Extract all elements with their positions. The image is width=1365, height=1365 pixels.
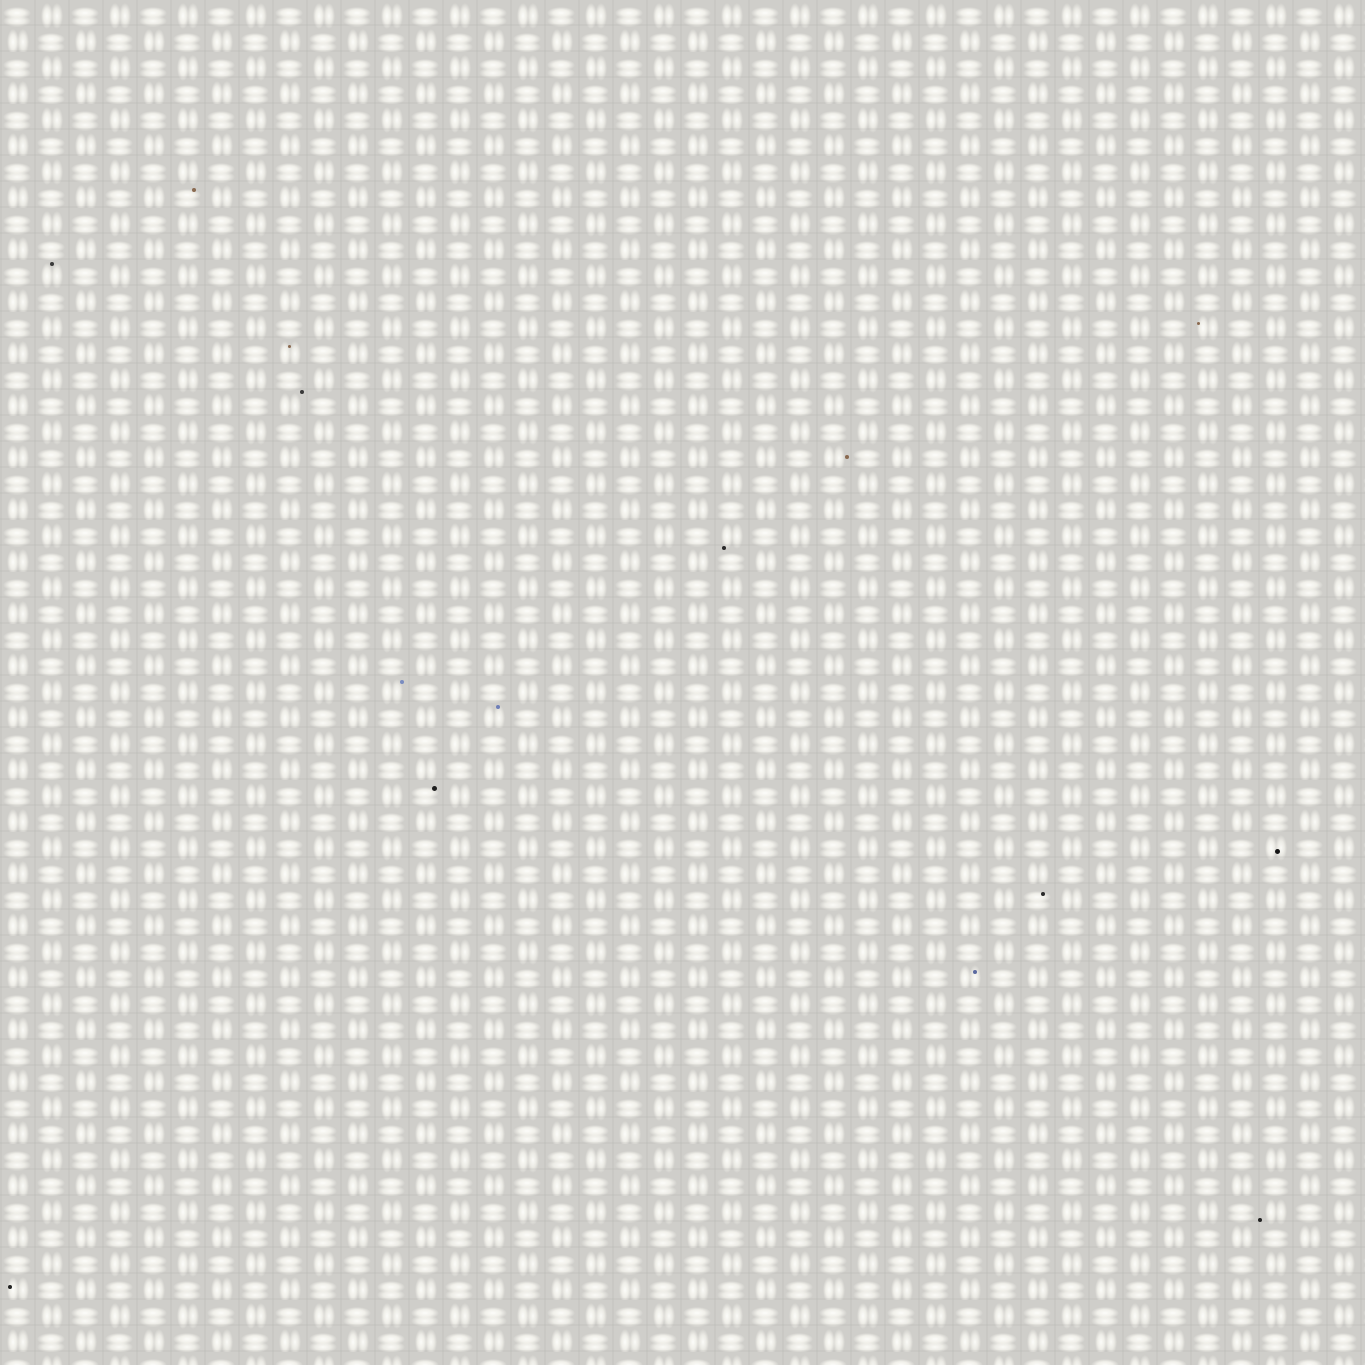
fiber-fleck xyxy=(1197,322,1200,325)
fiber-fleck xyxy=(192,188,196,192)
fiber-fleck xyxy=(300,390,304,394)
fiber-fleck xyxy=(973,970,977,974)
fiber-fleck xyxy=(8,1285,12,1289)
woven-fabric-texture xyxy=(0,0,1365,1365)
fiber-fleck xyxy=(1041,892,1045,896)
fiber-fleck xyxy=(400,680,404,684)
fiber-fleck xyxy=(432,786,437,791)
fiber-fleck xyxy=(1275,849,1280,854)
fiber-fleck xyxy=(288,345,291,348)
fiber-fleck xyxy=(50,262,54,266)
fiber-fleck xyxy=(722,546,726,550)
fiber-fleck xyxy=(496,705,500,709)
fiber-fleck xyxy=(845,455,849,459)
fiber-fleck xyxy=(1258,1218,1262,1222)
